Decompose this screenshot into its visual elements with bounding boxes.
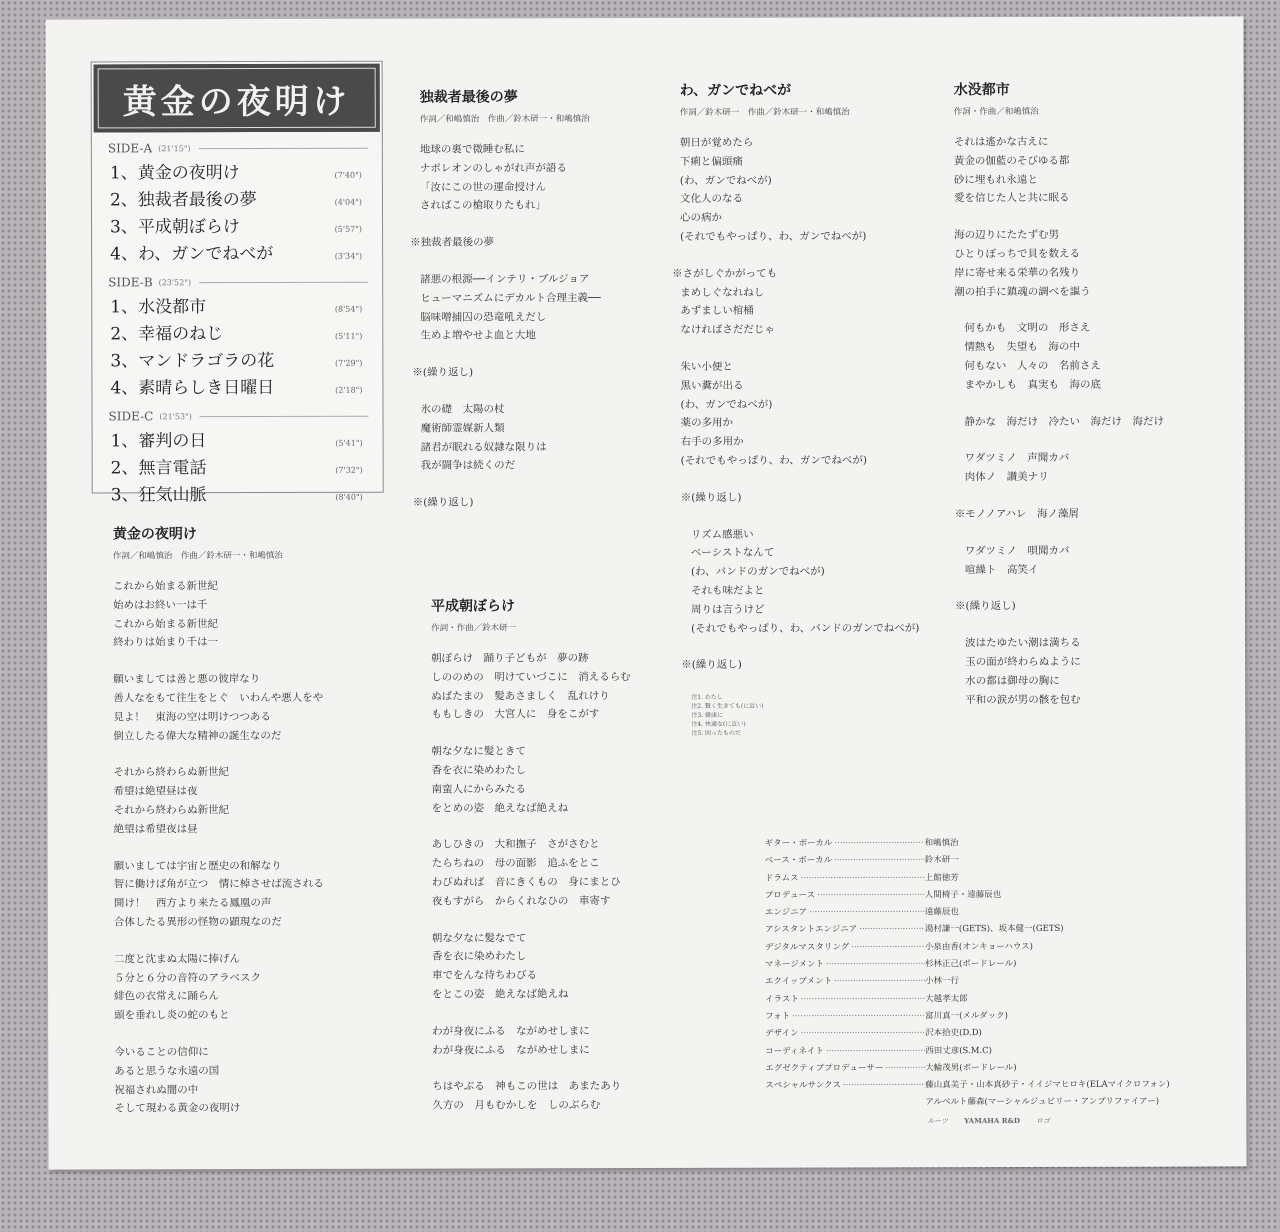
lyric-line: 祝福されぬ闇の中	[114, 1080, 394, 1100]
track-title: 1、黄金の夜明け	[110, 158, 335, 184]
track-duration: (7'29")	[335, 359, 362, 368]
song-credit: 作詞／和嶋慎治 作曲／鈴木研一・和嶋慎治	[420, 112, 680, 125]
lyric-line: 開け！ 西方より来たる鳳凰の声	[114, 894, 394, 914]
credit-name: 鈴木研一	[925, 852, 1235, 870]
sponsor-logos: ルーツ YAMAHA R&D ロゴ	[927, 1115, 1235, 1126]
song-title: 水没都市	[954, 79, 1204, 100]
divider	[199, 281, 368, 282]
track-title: 1、水没都市	[110, 292, 335, 318]
lyric-line: ヒューマニズムにデカルト合理主義──	[420, 289, 680, 308]
lyric-line: わびぬれば 音にきくもの 身にまとひ	[432, 873, 692, 892]
album-title: 黄金の夜明け	[123, 73, 351, 123]
lyric-line: ちはやぶる 神もこの世は あまたあり	[432, 1077, 692, 1096]
lyric-line: 頭を垂れし炎の蛇のもと	[114, 1006, 394, 1026]
lyric-line: 波はたゆたい潮は満ちる	[965, 634, 1205, 653]
credit-row: マネージメント杉林正己(ボードレール)	[765, 956, 1235, 975]
lyric-line: 潮の拍手に鎮魂の調べを謳う	[954, 282, 1204, 301]
credit-row: ベース・ボーカル鈴木研一	[765, 852, 1235, 871]
lyric-line: 南蛮人にからみたる	[431, 780, 691, 799]
lyric-line: なければさだだじゃ	[680, 320, 950, 340]
lyric-line: 夜もすがら からくれなひの 車寄す	[432, 892, 692, 911]
repeat-marker: ※(繰り返し)	[413, 493, 681, 512]
lyric-line: 諸悪の根源──インテリ・ブルジョア	[420, 270, 680, 289]
side-time: (23'52")	[159, 278, 192, 287]
song-heisei-asaborake: 平成朝ぼらけ 作詞・作曲／鈴木研一 朝ぼらけ 踊り子どもが 夢の跡 しののめの …	[431, 595, 692, 1134]
stanza: リズム感悪い ベーシストなんて (わ、バンドのガンでねべが) それも味だよと 周…	[681, 525, 951, 638]
lyric-line: これから始まる新世紀	[113, 614, 393, 634]
divider	[199, 147, 368, 148]
track-item: 2、無言電話(7'32")	[111, 453, 363, 481]
credit-row: コーディネイト西田丈彦(S.M.C)	[765, 1042, 1235, 1061]
chorus-marker: ※モノノアハレ 海ノ藻屑	[955, 504, 1205, 523]
track-duration: (5'57")	[335, 225, 362, 234]
lyrics-body: 朝日が覚めたら 下痢と偏頭痛 (わ、ガンでねべが) 文化人のなる 心の病か (そ…	[680, 133, 952, 738]
lyric-line: 玉の面が終わらぬように	[965, 652, 1205, 671]
lyric-line: それから終わらぬ新世紀	[114, 801, 394, 821]
credit-role: ドラムス	[765, 870, 925, 888]
lyric-line: 情熱も 失望も 海の中	[964, 338, 1204, 357]
lyric-line: 願いましては宇宙と歴史の和解なり	[114, 856, 394, 876]
stanza: 二度と沈まぬ太陽に捧げん ５分と６分の音符のアラベスク 緋色の衣常えに踊らん 頭…	[114, 949, 394, 1025]
lyrics-body: これから始まる新世紀 始めはお終い一は千 これから始まる新世紀 終わりは始まり千…	[113, 577, 394, 1119]
credit-row: アシスタントエンジニア湯村謙一(GETS)、坂本健一(GETS)	[765, 921, 1235, 940]
lyric-line: 善人なをもて往生をとぐ いわんや悪人をや	[113, 689, 393, 709]
lyric-line: 我が闘争は続くのだ	[421, 456, 681, 475]
credit-row: エンジニア遠藤辰也	[765, 904, 1235, 923]
lyric-line: ５分と６分の音符のアラベスク	[114, 968, 394, 988]
lyric-line: 愛を信じた人と共に眠る	[954, 189, 1204, 208]
credit-role: デザイン	[765, 1026, 925, 1044]
credit-role: エグゼクティブプロデューサー	[765, 1060, 925, 1078]
lyric-line: 香を衣に染めわたし	[432, 947, 692, 966]
song-credit: 作詞／和嶋慎治 作曲／鈴木研一・和嶋慎治	[113, 549, 393, 562]
lyric-line: さればこの槍取りたもれ」	[420, 196, 680, 215]
track-item: 3、マンドラゴラの花(7'29")	[110, 346, 362, 374]
credit-role: マネージメント	[765, 956, 925, 974]
track-title: 4、わ、ガンでねべが	[110, 239, 335, 265]
lyric-line: (それでもやっぱり、わ、バンドのガンでねべが)	[691, 619, 951, 638]
lyric-line: まやかしも 真実も 海の底	[964, 375, 1204, 394]
credit-row: プロデュース人間椅子・遠藤辰也	[765, 886, 1235, 905]
lyric-line: 智に働けば角が立つ 情に棹させば流される	[114, 875, 394, 895]
lyric-line: (わ、ガンでねべが)	[680, 395, 950, 415]
track-item: 4、素晴らしき日曜日(2'18")	[110, 373, 362, 401]
lyrics-body: それは遙かな古えに 黄金の伽藍のそびゆる都 砂に埋もれ永遠と 愛を信じた人と共に…	[954, 133, 1206, 710]
song-title: 黄金の夜明け	[113, 523, 393, 544]
lyric-line: (わ、バンドのガンでねべが)	[691, 562, 951, 581]
logo-yamaha-rnd: YAMAHA R&D	[964, 1116, 1020, 1126]
side-name: SIDE-A	[108, 141, 152, 155]
chorus-stanza: ※さがしぐかがっても まめしぐなれねし あずましい棺桶 なければさだだじゃ	[680, 264, 950, 340]
credit-row: フォト富川真一(メルダック)	[765, 1007, 1235, 1026]
lyric-line: 海の辺りにたたずむ男	[954, 226, 1204, 245]
credit-name: アルベルト藤森(マーシャルジュビリー・アンプリファイアー)	[925, 1094, 1235, 1112]
stanza: 諸悪の根源──インテリ・ブルジョア ヒューマニズムにデカルト合理主義── 脳味噌…	[420, 270, 680, 346]
lyric-line: 何もかも 文明の 形さえ	[964, 319, 1204, 338]
song-credit: 作詞・作曲／鈴木研一	[431, 621, 691, 634]
credit-role: アシスタントエンジニア	[765, 922, 925, 940]
stanza: それから終わらぬ新世紀 希望は絶望昼は夜 それから終わらぬ新世紀 絶望は希望夜は…	[113, 763, 393, 839]
track-item: 3、平成朝ぼらけ(5'57")	[110, 212, 362, 240]
lyric-line: 諸君が眠れる奴隷な限りは	[421, 437, 681, 456]
credit-row: イラスト大越孝太郎	[765, 990, 1235, 1009]
track-item: 4、わ、ガンでねべが(3'34")	[110, 239, 362, 267]
lyric-line: 心の病か	[680, 208, 950, 228]
lyric-line: 朝な夕なに髪ときて	[431, 742, 691, 761]
lyric-line: 朝な夕なに髪なでて	[432, 928, 692, 947]
credit-role: フォト	[765, 1008, 925, 1026]
lyric-line: 周りは言うけど	[691, 600, 951, 619]
credit-name: 湯村謙一(GETS)、坂本健一(GETS)	[925, 921, 1235, 939]
lyric-line: ナポレオンのしゃがれ声が語る	[420, 159, 680, 178]
lyric-line: 車でをんな待ちわびる	[432, 966, 692, 985]
divider	[200, 415, 369, 416]
track-duration: (8'40")	[335, 493, 362, 502]
credit-row: ギター・ボーカル和嶋慎治	[765, 834, 1235, 853]
credit-role: エンジニア	[765, 904, 925, 922]
stanza: 氷の礎 太陽の杖 魔術師霊媒新人類 諸君が眠れる奴隷な限りは 我が闘争は続くのだ	[420, 400, 680, 476]
song-title: わ、ガンでねべが	[680, 79, 950, 100]
track-item: 1、黄金の夜明け(7'40")	[110, 158, 362, 186]
stanza: 朝な夕なに髪ときて 香を衣に染めわたし 南蛮人にからみたる をとめの姿 絶えなば…	[431, 742, 691, 818]
stanza: ワダツミノ 唄聞カバ 喧繰ト 高笑イ	[955, 541, 1205, 579]
track-duration: (5'41")	[335, 439, 362, 448]
song-title: 平成朝ぼらけ	[431, 595, 691, 616]
track-duration: (2'18")	[335, 386, 362, 395]
lyric-line: 水の都は御母の胸に	[965, 671, 1205, 690]
credit-name: 和嶋慎治	[925, 834, 1235, 852]
side-a-header: SIDE-A (21'15")	[108, 138, 368, 159]
side-b-header: SIDE-B (23'52")	[108, 272, 368, 293]
song-wa-gan-denebega: わ、ガンでねべが 作詞／鈴木研一 作曲／鈴木研一・和嶋慎治 朝日が覚めたら 下痢…	[680, 79, 952, 738]
credit-row: デザイン沢本拾史(D.D)	[765, 1025, 1235, 1044]
lyric-line: 静かな 海だけ 冷たい 海だけ 海だけ	[965, 412, 1205, 431]
lyric-line: あずましい棺桶	[680, 302, 950, 322]
lyric-line: 希望は絶望昼は夜	[113, 782, 393, 802]
lyric-line: 見よ！ 東海の空は明けつつある	[113, 707, 393, 727]
stanza: 朱い小便と 黒い糞が出る (わ、ガンでねべが) 薬の多用か 右手の多用か (それ…	[680, 357, 950, 470]
track-title: 3、狂気山脈	[111, 480, 336, 506]
track-item: 2、独裁者最後の夢(4'04")	[110, 185, 362, 213]
track-duration: (7'32")	[335, 466, 362, 475]
lyric-line: まめしぐなれねし	[680, 283, 950, 303]
lyric-line: わが身夜にふる ながめせしまに	[432, 1040, 692, 1059]
lyric-line: (わ、ガンでねべが)	[680, 171, 950, 191]
repeat-marker: ※(繰り返し)	[681, 488, 951, 508]
chorus-marker: ※独裁者最後の夢	[410, 233, 680, 253]
credit-role: スペシャルサンクス	[765, 1077, 925, 1095]
song-dokusaisha: 独裁者最後の夢 作詞／和嶋慎治 作曲／鈴木研一・和嶋慎治 地球の裏で微睡む私に …	[420, 86, 681, 531]
track-duration: (7'40")	[335, 171, 362, 180]
stanza: それは遙かな古えに 黄金の伽藍のそびゆる都 砂に埋もれ永遠と 愛を信じた人と共に…	[954, 133, 1204, 209]
stanza: ちはやぶる 神もこの世は あまたあり 久方の 月もむかしを しのぶらむ	[432, 1077, 692, 1115]
lyric-line: 生めよ増やせよ血と大地	[420, 326, 680, 345]
lyric-line: しののめの 明けていづこに 消えるらむ	[431, 668, 691, 687]
footnotes: 注1. わたし 注2. 賢く生きても(に近い) 注3. 健康に 注4. 快適な(…	[681, 692, 951, 738]
lyric-line: 久方の 月もむかしを しのぶらむ	[432, 1096, 692, 1115]
credit-role: プロデュース	[765, 887, 925, 905]
lyric-line: そして現わる黄金の夜明け	[114, 1099, 394, 1119]
song-credit: 作詞・作曲／和嶋慎治	[954, 105, 1204, 118]
credit-name: 西田丈彦(S.M.C)	[925, 1042, 1235, 1060]
credit-name: 小泉由香(オンキョーハウス)	[925, 938, 1235, 956]
lyric-line: これから始まる新世紀	[113, 577, 393, 597]
credit-name: 上館徳芳	[925, 869, 1235, 887]
stanza: 今いることの信仰に あると思うな永遠の国 祝福されぬ闇の中 そして現わる黄金の夜…	[114, 1043, 394, 1119]
track-item: 1、水没都市(8'54")	[110, 292, 362, 320]
stanza: 何もかも 文明の 形さえ 情熱も 失望も 海の中 何もない 人々の 名前さえ ま…	[954, 319, 1204, 395]
song-credit: 作詞／鈴木研一 作曲／鈴木研一・和嶋慎治	[680, 105, 950, 118]
side-time: (21'53")	[159, 412, 192, 421]
lyric-line: 「汝にこの世の運命授けん	[420, 178, 680, 197]
logo-1: ルーツ	[927, 1116, 948, 1126]
lyric-line: ※さがしぐかがっても	[672, 264, 950, 284]
stanza: 朝日が覚めたら 下痢と偏頭痛 (わ、ガンでねべが) 文化人のなる 心の病か (そ…	[680, 133, 950, 246]
lyric-line: 右手の多用か	[681, 432, 951, 452]
lyric-line: ぬばたまの 髪あさましく 乱れけり	[431, 686, 691, 705]
credit-role-empty	[765, 1095, 925, 1113]
stanza: 地球の裏で微睡む私に ナポレオンのしゃがれ声が語る 「汝にこの世の運命授けん さ…	[420, 140, 680, 216]
lyric-line: 何もない 人々の 名前さえ	[964, 357, 1204, 376]
credit-name: 藤山真美子・山本真砂子・イイジマヒロキ(ELAマイクロフォン)	[925, 1077, 1235, 1095]
side-name: SIDE-B	[108, 275, 152, 289]
lyric-line: 砂に埋もれ永遠と	[954, 170, 1204, 189]
logo-3: ロゴ	[1036, 1116, 1050, 1126]
credit-role: デジタルマスタリング	[765, 939, 925, 957]
credit-row: デジタルマスタリング小泉由香(オンキョーハウス)	[765, 938, 1235, 957]
lyric-line: あしひきの 大和撫子 さがさむと	[432, 835, 692, 854]
album-title-banner: 黄金の夜明け	[94, 64, 380, 133]
lyric-line: たらちねの 母の面影 追ふをとこ	[432, 854, 692, 873]
side-c-header: SIDE-C (21'53")	[109, 406, 369, 427]
credit-row: ドラムス上館徳芳	[765, 869, 1235, 888]
credit-role: ベース・ボーカル	[765, 853, 925, 871]
lyric-line: をとめの姿 絶えなば絶えね	[432, 798, 692, 817]
lyric-line: (それでもやっぱり、わ、ガンでねべが)	[681, 451, 951, 471]
lyric-line: 合体したる異形の怪物の顕現なのだ	[114, 913, 394, 933]
credit-name: 大輪茂男(ボードレール)	[925, 1059, 1235, 1077]
lyric-line: ベーシストなんて	[691, 544, 951, 563]
repeat-marker: ※(繰り返し)	[412, 363, 680, 382]
track-duration: (3'34")	[335, 252, 362, 261]
track-item: 1、審判の日(5'41")	[111, 426, 363, 454]
lyric-line: 今いることの信仰に	[114, 1043, 394, 1063]
lyric-line: 倒立したる偉大な精神の誕生なのだ	[113, 726, 393, 746]
stanza: わが身夜にふる ながめせしまに わが身夜にふる ながめせしまに	[432, 1022, 692, 1060]
lyric-line: わが身夜にふる ながめせしまに	[432, 1022, 692, 1041]
track-duration: (8'54")	[335, 305, 362, 314]
track-title: 2、独裁者最後の夢	[110, 185, 335, 211]
stanza: 静かな 海だけ 冷たい 海だけ 海だけ	[955, 412, 1205, 431]
lyric-line: 始めはお終い一は千	[113, 595, 393, 615]
lyric-line: それも味だよと	[691, 581, 951, 600]
credit-role: コーディネイト	[765, 1043, 925, 1061]
lyric-line: 香を衣に染めわたし	[431, 761, 691, 780]
track-title: 4、素晴らしき日曜日	[110, 373, 335, 399]
credit-row: エグゼクティブプロデューサー大輪茂男(ボードレール)	[765, 1059, 1235, 1078]
lyric-line: 終わりは始まり千は一	[113, 633, 393, 653]
lyric-line: 緋色の衣常えに踊らん	[114, 987, 394, 1007]
song-title: 独裁者最後の夢	[420, 86, 680, 107]
lyric-line: 朱い小便と	[680, 357, 950, 377]
track-title: 2、無言電話	[111, 453, 336, 479]
lyric-line: 脳味噌捕囚の恐竜吼えだし	[420, 307, 680, 326]
lyric-line: 岸に寄せ来る栄華の名残り	[954, 263, 1204, 282]
stanza: 願いましては善と悪の彼岸なり 善人なをもて往生をとぐ いわんや悪人をや 見よ！ …	[113, 670, 393, 746]
lyric-line: 二度と沈まぬ太陽に捧げん	[114, 949, 394, 969]
stanza: 朝ぼらけ 踊り子どもが 夢の跡 しののめの 明けていづこに 消えるらむ ぬばたま…	[431, 649, 691, 725]
credit-name: 遠藤辰也	[925, 904, 1235, 922]
repeat-marker: ※(繰り返し)	[681, 656, 951, 676]
lyric-line: ひとりぼっちで貝を数える	[954, 245, 1204, 264]
credit-name: 小林一行	[925, 973, 1235, 991]
track-title: 2、幸福のねじ	[110, 319, 335, 345]
credit-name: 富川真一(メルダック)	[925, 1007, 1235, 1025]
track-title: 3、マンドラゴラの花	[110, 346, 335, 372]
track-item: 2、幸福のねじ(5'11")	[110, 319, 362, 347]
lyric-line: 下痢と偏頭痛	[680, 152, 950, 172]
stanza: あしひきの 大和撫子 さがさむと たらちねの 母の面影 追ふをとこ わびぬれば …	[432, 835, 692, 911]
lyric-line: 願いましては善と悪の彼岸なり	[113, 670, 393, 690]
credit-name: 人間椅子・遠藤辰也	[925, 886, 1235, 904]
track-list: 黄金の夜明け SIDE-A (21'15") 1、黄金の夜明け(7'40") 2…	[91, 61, 384, 494]
credit-role: ギター・ボーカル	[765, 835, 925, 853]
lyric-line: をとこの姿 絶えなば絶えね	[432, 985, 692, 1004]
credit-role: エクイップメント	[765, 974, 925, 992]
lyric-line: ワダツミノ 声聞カバ	[965, 449, 1205, 468]
credit-row: エクイップメント小林一行	[765, 973, 1235, 992]
track-item: 3、狂気山脈(8'40")	[111, 480, 363, 508]
lyric-line: 肉体ノ 讃美ナリ	[965, 468, 1205, 487]
track-duration: (4'04")	[335, 198, 362, 207]
credit-name: 沢本拾史(D.D)	[925, 1025, 1235, 1043]
track-title: 1、審判の日	[111, 426, 336, 452]
lyric-line: リズム感悪い	[691, 525, 951, 544]
stanza: 波はたゆたい潮は満ちる 玉の面が終わらぬように 水の都は御母の胸に 平和の涙が男…	[955, 634, 1205, 710]
lyric-line: ワダツミノ 唄聞カバ	[965, 541, 1205, 560]
lyric-line: 黒い糞が出る	[680, 376, 950, 396]
stanza: 朝な夕なに髪なでて 香を衣に染めわたし 車でをんな待ちわびる をとこの姿 絶えな…	[432, 928, 692, 1004]
song-suibotsu-toshi: 水没都市 作詞・作曲／和嶋慎治 それは遙かな古えに 黄金の伽藍のそびゆる都 砂に…	[954, 79, 1206, 728]
lyric-line: 絶望は希望夜は昼	[114, 819, 394, 839]
lyric-line: 文化人のなる	[680, 190, 950, 210]
footnote: 注5. 困ったものだ	[691, 728, 951, 738]
lyric-line: 喧繰ト 高笑イ	[965, 560, 1205, 579]
lyric-sheet: 黄金の夜明け SIDE-A (21'15") 1、黄金の夜明け(7'40") 2…	[45, 16, 1246, 1169]
side-name: SIDE-C	[109, 409, 154, 423]
credit-role: イラスト	[765, 991, 925, 1009]
lyrics-body: 朝ぼらけ 踊り子どもが 夢の跡 しののめの 明けていづこに 消えるらむ ぬばたま…	[431, 649, 692, 1116]
lyric-line: それは遙かな古えに	[954, 133, 1204, 152]
lyric-line: 魔術師霊媒新人類	[421, 419, 681, 438]
track-title: 3、平成朝ぼらけ	[110, 212, 335, 238]
track-duration: (5'11")	[335, 332, 362, 341]
stanza: 海の辺りにたたずむ男 ひとりぼっちで貝を数える 岸に寄せ来る栄華の名残り 潮の拍…	[954, 226, 1204, 302]
lyric-line: 朝ぼらけ 踊り子どもが 夢の跡	[431, 649, 691, 668]
lyric-line: ももしきの 大宮人に 身をこがす	[431, 705, 691, 724]
side-time: (21'15")	[158, 144, 191, 153]
stanza: これから始まる新世紀 始めはお終い一は千 これから始まる新世紀 終わりは始まり千…	[113, 577, 393, 653]
lyric-line: 氷の礎 太陽の杖	[420, 400, 680, 419]
lyric-line: 平和の涙が男の骸を包む	[965, 690, 1205, 709]
lyric-line: それから終わらぬ新世紀	[113, 763, 393, 783]
repeat-marker: ※(繰り返し)	[955, 597, 1205, 616]
stanza: ワダツミノ 声聞カバ 肉体ノ 讃美ナリ	[955, 449, 1205, 487]
credit-row: アルベルト藤森(マーシャルジュビリー・アンプリファイアー)	[765, 1094, 1235, 1113]
lyric-line: 朝日が覚めたら	[680, 133, 950, 153]
lyrics-body: 地球の裏で微睡む私に ナポレオンのしゃがれ声が語る 「汝にこの世の運命授けん さ…	[420, 140, 681, 513]
personnel-credits: ギター・ボーカル和嶋慎治 ベース・ボーカル鈴木研一 ドラムス上館徳芳 プロデュー…	[765, 834, 1236, 1126]
lyric-line: 地球の裏で微睡む私に	[420, 140, 680, 159]
lyric-line: 黄金の伽藍のそびゆる都	[954, 151, 1204, 170]
credit-row: スペシャルサンクス藤山真美子・山本真砂子・イイジマヒロキ(ELAマイクロフォン)	[765, 1077, 1235, 1096]
lyric-line: (それでもやっぱり、わ、ガンでねべが)	[680, 227, 950, 247]
lyric-line: 薬の多用か	[681, 414, 951, 434]
lyric-line: あると思うな永遠の国	[114, 1061, 394, 1081]
credit-name: 大越孝太郎	[925, 990, 1235, 1008]
credit-name: 杉林正己(ボードレール)	[925, 956, 1235, 974]
song-ogon-no-yoake: 黄金の夜明け 作詞／和嶋慎治 作曲／鈴木研一・和嶋慎治 これから始まる新世紀 始…	[113, 523, 395, 1137]
stanza: 願いましては宇宙と歴史の和解なり 智に働けば角が立つ 情に棹させば流される 開け…	[114, 856, 394, 932]
